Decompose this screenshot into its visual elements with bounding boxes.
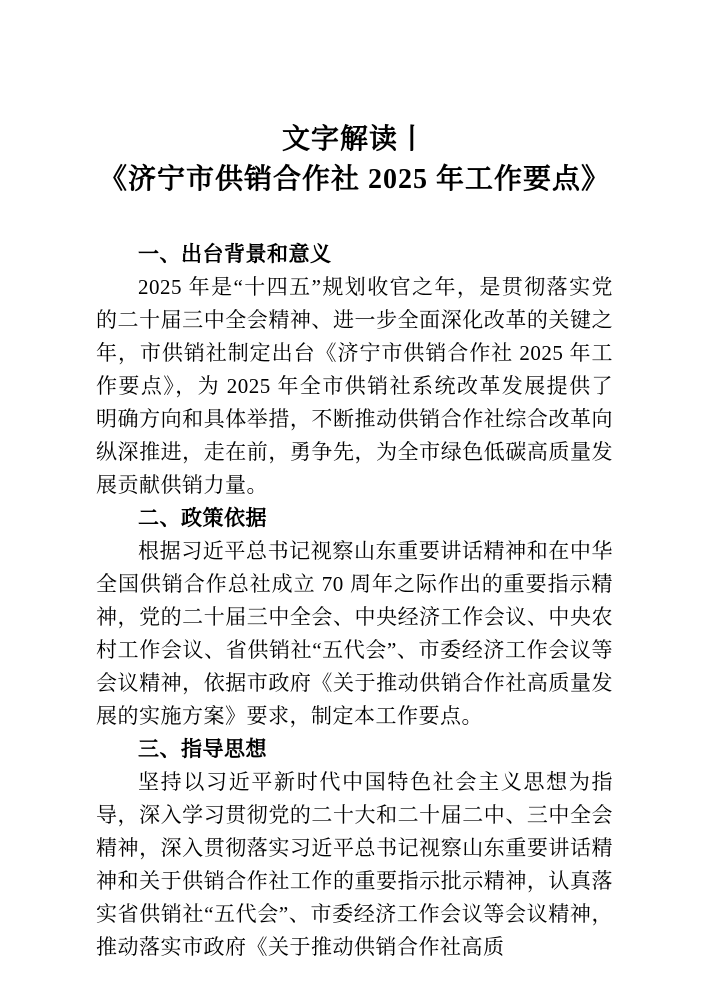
section-1-heading: 一、出台背景和意义 [96,238,613,271]
section-policy-basis: 二、政策依据 根据习近平总书记视察山东重要讲话精神和在中华全国供销合作总社成立 … [96,502,613,733]
document-page: 文字解读丨 《济宁市供销合作社 2025 年工作要点》 一、出台背景和意义 20… [0,0,707,999]
section-2-paragraph: 根据习近平总书记视察山东重要讲话精神和在中华全国供销合作总社成立 70 周年之际… [96,535,613,733]
section-1-paragraph: 2025 年是“十四五”规划收官之年，是贯彻落实党的二十届三中全会精神、进一步全… [96,271,613,502]
section-2-heading: 二、政策依据 [96,502,613,535]
document-title-line-1: 文字解读丨 [96,120,613,160]
section-guiding-ideology: 三、指导思想 坚持以习近平新时代中国特色社会主义思想为指导，深入学习贯彻党的二十… [96,733,613,964]
document-title-line-2: 《济宁市供销合作社 2025 年工作要点》 [96,160,613,200]
document-content: 文字解读丨 《济宁市供销合作社 2025 年工作要点》 一、出台背景和意义 20… [0,0,707,964]
section-background-and-significance: 一、出台背景和意义 2025 年是“十四五”规划收官之年，是贯彻落实党的二十届三… [96,238,613,502]
section-3-paragraph: 坚持以习近平新时代中国特色社会主义思想为指导，深入学习贯彻党的二十大和二十届二中… [96,766,613,964]
document-title: 文字解读丨 《济宁市供销合作社 2025 年工作要点》 [96,120,613,200]
section-3-heading: 三、指导思想 [96,733,613,766]
